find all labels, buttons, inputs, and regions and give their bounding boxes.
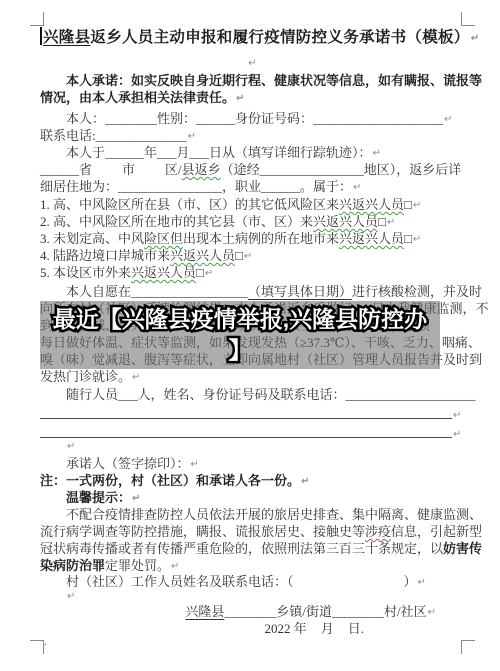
paragraph-return-mark: ↵ <box>132 493 140 504</box>
text-segment: 省 <box>79 162 92 177</box>
doc-line: ______省市区/县返乡（途经________________地区），返乡后详 <box>40 161 464 178</box>
text-segment: 兴返兴人员 <box>170 248 235 263</box>
doc-line: 2. 高、中风险区所在地市的其它县（市、区）来兴返兴人员□↵ <box>40 213 464 230</box>
doc-line: 染病防治罪定罪处罚。↵ <box>40 557 464 574</box>
doc-line: 2022 年月日. <box>40 620 464 637</box>
paragraph-return-mark: ↵ <box>387 217 395 228</box>
blank-gap <box>92 173 122 174</box>
doc-line: 兴隆县________乡镇/街道________村/社区↵ <box>40 603 464 620</box>
text-boundary-mark-top-right <box>461 12 475 26</box>
text-segment: □ <box>196 265 204 280</box>
paragraph-return-mark: ↵ <box>171 561 179 572</box>
text-segment: 月 <box>177 145 190 160</box>
paragraph-return-mark: ↵ <box>244 251 252 262</box>
text-segment: 发热门诊就诊。 <box>40 369 131 384</box>
text-segment: ______ <box>261 179 300 194</box>
text-segment: 定罪处罚。 <box>105 558 170 573</box>
paragraph-return-mark: ↵ <box>248 58 256 69</box>
text-boundary-mark-bottom-left <box>30 640 44 654</box>
text-segment: 兴返兴人员 <box>131 265 196 280</box>
text-segment: ______________ <box>96 128 187 143</box>
text-segment: 日从（填写详细行踪轨迹）： <box>209 145 372 160</box>
text-segment: 。属于： <box>300 179 352 194</box>
document-title: 兴隆县返乡人员主动申报和履行疫情防控义务承诺书（模板）↵ <box>40 25 464 49</box>
text-segment: 4. 陆路边境口岸城市来 <box>40 248 170 263</box>
doc-line: ↵ <box>40 407 464 421</box>
paragraph-return-mark: ↵ <box>67 441 75 452</box>
paragraph-return-mark: ↵ <box>236 93 244 104</box>
text-segment: ，职业 <box>222 179 261 194</box>
text-segment: 人，姓名、身份证号码及联系电话： <box>138 387 346 402</box>
doc-line: 承诺人（签字捺印）：↵ <box>40 455 464 472</box>
text-segment: 村/社区 <box>384 604 427 619</box>
text-segment: 年 <box>144 145 157 160</box>
doc-line: ↵ <box>40 426 464 440</box>
text-segment: 兴隆县 <box>185 604 224 619</box>
doc-line: 4. 陆路边境口岸城市来兴返兴人员□↵ <box>40 247 464 264</box>
doc-line: 随行人员___人，姓名、身份证号码及联系电话：_________________… <box>40 386 464 403</box>
text-segment: ______ <box>40 162 79 177</box>
doc-line: 温馨提示：↵ <box>40 489 464 506</box>
text-segment: 随行人员 <box>66 387 118 402</box>
doc-line: ↵ <box>40 440 464 452</box>
mark-segment <box>43 12 44 26</box>
text-segment: 涉疫 <box>365 524 391 539</box>
text-segment: □ <box>235 248 243 263</box>
text-segment: 本人自愿在 <box>66 284 131 299</box>
text-segment: ________________ <box>118 179 222 194</box>
doc-line: 5. 本设区市外来兴返兴人员□↵ <box>40 264 464 281</box>
text-segment: 地区），返乡后详 <box>364 162 462 177</box>
doc-line: 流行病学调查等防控措施，瞒报、谎报旅居史、接触史等涉疫信息，引起新型 <box>40 523 464 540</box>
text-segment: 5. 本设区市外来 <box>40 265 131 280</box>
text-segment: ____________________ <box>313 111 443 126</box>
text-segment: ________ <box>332 604 384 619</box>
text-segment: 性别： <box>157 111 196 126</box>
doc-line: 1. 高、中风险区所在县（市、区）的其它低风险区来兴返兴人员□↵ <box>40 196 464 213</box>
text-segment: 兴返兴人员 <box>339 231 404 246</box>
text-segment: ________________ <box>260 162 364 177</box>
text-segment: ________ <box>105 111 157 126</box>
paragraph-return-mark: ↵ <box>453 410 461 421</box>
text-segment: ________ <box>224 604 276 619</box>
watermark-line-2: 】 】 <box>229 335 252 366</box>
doc-line: 本人自愿在__________________（填写具体日期）进行核酸检测，并及… <box>40 283 464 300</box>
paragraph-return-mark: ↵ <box>188 131 196 142</box>
text-segment: ___ <box>190 145 210 160</box>
blank-gap <box>334 632 348 633</box>
doc-line: 本人于______年___月___日从（填写详细行踪轨迹）：↵ <box>40 144 464 161</box>
paragraph-return-mark: ↵ <box>373 148 381 159</box>
text-segment: 1. 高、中风险区所在县（市、区）的其它低风险区来 <box>40 197 339 212</box>
text-segment: 联系电话: <box>40 128 96 143</box>
text-segment: 不配合疫情排查防控人员依法开展的旅居史排查、集中隔离、健康监测、 <box>66 507 482 522</box>
watermark-text: 最近【兴隆县疫情举报,兴隆县防控办 <box>53 306 427 332</box>
text-segment: □ <box>404 197 412 212</box>
text-segment: ___ <box>157 145 177 160</box>
stray-dot: . <box>44 636 47 648</box>
text-segment: 染病防治罪 <box>40 558 105 573</box>
text-segment: 本人： <box>66 111 105 126</box>
text-segment: 细居住地为： <box>40 179 118 194</box>
text-segment: □ <box>378 214 386 229</box>
text-segment: 流行病学调查等防控措施，瞒报、谎报旅居史、接触史等 <box>40 524 365 539</box>
title-underlined-text: 兴隆县 <box>43 29 90 46</box>
blank-gap <box>294 585 404 586</box>
text-boundary-mark-bottom-right <box>461 640 475 654</box>
watermark-line-1: 最近【兴隆县疫情举报,兴隆县防控办 最近【兴隆县疫情举报,兴隆县防控办 <box>53 304 427 335</box>
text-segment: __________________ <box>131 284 248 299</box>
text-segment: 乡镇/街道 <box>276 604 332 619</box>
text-segment: 险区但 <box>144 231 183 246</box>
text-segment: □ <box>404 231 412 246</box>
doc-line: 本人承诺：如实反映自身近期行程、健康状况等信息，如有瞒报、谎报等 <box>40 72 464 89</box>
doc-line: 发热门诊就诊。↵ <box>40 368 464 385</box>
paragraph-return-mark: ↵ <box>418 577 426 588</box>
doc-line: 注：一式两份，村（社区）和承诺人各一份。↵ <box>40 472 464 489</box>
text-segment: 2. 高、中风险区所在地市的其它县（市、区）来 <box>40 214 313 229</box>
text-segment: 温馨提示： <box>66 490 131 505</box>
text-segment: 兴返兴人员 <box>339 197 404 212</box>
blank-rule <box>40 407 452 419</box>
doc-line: 村（社区）工作人员姓名及联系电话：（）↵ <box>40 574 464 590</box>
doc-line: 联系电话:______________↵ <box>40 127 464 144</box>
text-segment: 市 <box>122 162 135 177</box>
text-segment: ______ <box>105 145 144 160</box>
text-segment: 本人于 <box>66 145 105 160</box>
text-segment: ____________________ <box>346 387 476 402</box>
doc-line: 3. 未划定高、中风险区但出现本土病例的所在地市来兴返兴人员□↵ <box>40 230 464 247</box>
text-segment: ___ <box>118 387 138 402</box>
text-segment: 2022 年 <box>264 621 306 636</box>
mark-segment <box>461 12 462 26</box>
doc-line: ↵ <box>40 590 464 602</box>
mark-segment <box>461 640 462 654</box>
paragraph-return-mark: ↵ <box>67 591 75 602</box>
paragraph-return-mark: ↵ <box>413 200 421 211</box>
text-boundary-mark-top-left <box>30 12 44 26</box>
text-segment: 注：一式两份，村（社区）和承诺人各一份。 <box>40 473 300 488</box>
text-segment: 身份证号码： <box>235 111 313 126</box>
blank-gap <box>307 632 321 633</box>
text-segment: ______ <box>196 111 235 126</box>
paragraph-return-mark: ↵ <box>205 268 213 279</box>
doc-line: 不配合疫情排查防控人员依法开展的旅居史排查、集中隔离、健康监测、 <box>40 506 464 523</box>
text-segment: 信息，引起新型 <box>391 524 482 539</box>
text-segment: 本人承诺：如实反映自身近期行程、健康状况等信息，如有瞒报、谎报等 <box>66 73 482 88</box>
text-segment: （途经 <box>221 162 260 177</box>
paragraph-return-mark: ↵ <box>471 33 480 44</box>
text-segment: 县返乡 <box>182 162 221 177</box>
watermark-text: 】 <box>229 337 252 363</box>
text-segment: ） <box>404 574 417 589</box>
paragraph-return-mark: ↵ <box>132 372 140 383</box>
text-segment: 进行核酸检测，并及时 <box>352 284 482 299</box>
text-segment: 村（社区）工作人员姓名及联系电话：（ <box>66 574 294 589</box>
watermark-overlay: 最近【兴隆县疫情举报,兴隆县防控办 最近【兴隆县疫情举报,兴隆县防控办 】 】 <box>40 301 440 369</box>
doc-line: 情况，由本人承担相关法律责任。↵ <box>40 89 464 106</box>
doc-line: 冠状病毒传播或者有传播严重危险的，依照刑法第三百三十条规定，以妨害传 <box>40 540 464 557</box>
paragraph-return-mark: ↵ <box>353 182 361 193</box>
paragraph-return-mark: ↵ <box>453 429 461 440</box>
mark-segment <box>461 640 475 641</box>
text-segment: 妨害传 <box>443 541 482 556</box>
doc-line: 细居住地为：________________，职业______。属于：↵ <box>40 178 464 195</box>
text-segment: 3. 未划定高、中风 <box>40 231 144 246</box>
paragraph-return-mark: ↵ <box>444 114 452 125</box>
text-segment: 冠状病毒传播或者有传播严重危险的，依照刑法第三百三十条规定，以 <box>40 541 443 556</box>
text-segment: 区/ <box>165 162 182 177</box>
text-cursor <box>40 27 42 45</box>
empty-paragraph: ↵ <box>40 54 464 72</box>
document-page: 兴隆县返乡人员主动申报和履行疫情防控义务承诺书（模板）↵ ↵ 本人承诺：如实反映… <box>0 0 500 671</box>
text-segment: 出现本土病例的所在地市来 <box>183 231 339 246</box>
text-segment: 情况，由本人承担相关法律责任。 <box>40 90 235 105</box>
text-segment: （填写具体日期） <box>248 284 352 299</box>
blank-rule <box>40 426 452 438</box>
text-segment: 月 <box>321 621 334 636</box>
mark-segment <box>30 640 44 641</box>
doc-line: 本人：________性别：______身份证号码：______________… <box>40 110 464 127</box>
paragraph-return-mark: ↵ <box>428 607 436 618</box>
blank-gap <box>135 173 165 174</box>
text-segment: 兴返兴人员 <box>313 214 378 229</box>
title-text: 返乡人员主动申报和履行疫情防控义务承诺书（模板） <box>90 29 469 46</box>
text-segment: 日. <box>348 621 364 636</box>
paragraph-return-mark: ↵ <box>301 476 309 487</box>
paragraph-return-mark: ↵ <box>191 459 199 470</box>
paragraph-return-mark: ↵ <box>413 234 421 245</box>
text-segment: 承诺人（签字捺印）： <box>66 456 190 471</box>
